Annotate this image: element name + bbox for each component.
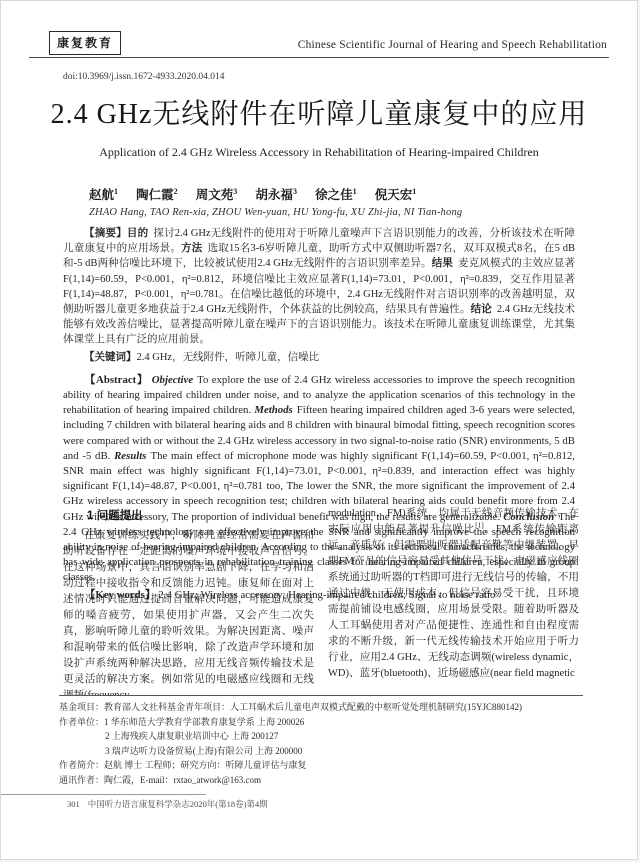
doi-line: doi:10.3969/j.issn.1672-4933.2020.04.014 (63, 72, 575, 82)
footer-text: 301中国听力语言康复科学杂志2020年(第18卷)第4期 (67, 798, 231, 810)
journal-issue-line: 中国听力语言康复科学杂志2020年(第18卷)第4期 (88, 799, 268, 809)
author-affil-sup: 3 (233, 187, 237, 196)
author-affil-sup: 1 (353, 187, 357, 196)
funding-note: 基金项目：教育部人文社科基金青年项目：人工耳蜗术后儿童电声双模式配戴的中枢听觉处… (59, 701, 583, 713)
results-label-zh: 结果 (432, 258, 453, 269)
footnote-divider (59, 695, 583, 696)
author-bio: 作者简介：赵航 博士 工程师；研究方向：听障儿童评估与康复 (59, 759, 583, 771)
section-paragraph-right: modulation，FM)系统，均属于无线音频传输技术，在实际应用中能显著提升… (328, 506, 579, 682)
author-affil-sup: 1 (114, 187, 118, 196)
section-heading: 1 问题提出 (63, 508, 314, 524)
page-header: 康复教育 Chinese Scientific Journal of Heari… (49, 27, 607, 51)
abstract-zh: 【摘要】目的探讨2.4 GHz无线附件的使用对于听障儿童噪声下言语识别能力的改善… (63, 226, 575, 348)
section-paragraph-left: 在康复训练实践中，听障儿童经常需要在声源和助听设备存在一定距离的噪声环境中接收声… (63, 528, 314, 696)
conclusion-label-zh: 结论 (471, 304, 492, 315)
author-affil-sup: 3 (293, 187, 297, 196)
keywords-zh-text: 2.4 GHz，无线附件，听障儿童，信噪比 (137, 352, 320, 363)
article-title-zh: 2.4 GHz无线附件在听障儿童康复中的应用 (31, 92, 607, 132)
page-footer: 301中国听力语言康复科学杂志2020年(第18卷)第4期 (1, 794, 231, 810)
authors-zh: 赵航1 陶仁霞2 周文苑3 胡永福3 徐之佳1 倪天宏1 (89, 185, 575, 203)
author-name: 周文苑3 (196, 188, 238, 202)
author-affil-sup: 1 (412, 187, 416, 196)
page-number: 301 (67, 799, 80, 809)
objective-label-zh: 目的 (127, 228, 148, 239)
abstract-zh-label: 【摘要】 (84, 228, 127, 239)
affiliation-3: 3 瑞声达听力设备贸易(上海)有限公司 上海 200000 (59, 745, 583, 757)
keywords-zh-label: 【关键词】 (84, 352, 137, 363)
keywords-zh: 【关键词】2.4 GHz，无线附件，听障儿童，信噪比 (63, 350, 575, 365)
methods-label-zh: 方法 (181, 243, 202, 254)
author-name: 徐之佳1 (315, 188, 357, 202)
citation-ref: [1] (475, 521, 484, 530)
objective-label-en: Objective (152, 374, 193, 386)
affiliation-2: 2 上海残疾人康复职业培训中心 上海 200127 (59, 730, 583, 742)
author-name: 赵航1 (89, 188, 118, 202)
journal-page: 康复教育 Chinese Scientific Journal of Heari… (0, 0, 638, 860)
journal-name-en: Chinese Scientific Journal of Hearing an… (298, 39, 607, 51)
footer-divider (1, 794, 206, 795)
affiliation-1: 作者单位：1 华东师范大学教育学部教育康复学系 上海 200026 (59, 716, 583, 728)
author-affil-sup: 2 (174, 187, 178, 196)
header-divider (29, 57, 609, 58)
column-badge: 康复教育 (49, 31, 121, 55)
author-name: 倪天宏1 (375, 188, 417, 202)
article-title-en: Application of 2.4 GHz Wireless Accessor… (41, 145, 597, 160)
footnote-block: 基金项目：教育部人文社科基金青年项目：人工耳蜗术后儿童电声双模式配戴的中枢听觉处… (59, 695, 583, 788)
left-column: 1 问题提出 在康复训练实践中，听障儿童经常需要在声源和助听设备存在一定距离的噪… (63, 506, 314, 696)
corresponding-author: 通讯作者：陶仁霞，E-mail：rxtao_atwork@163.com (59, 774, 583, 786)
results-label-en: Results (114, 450, 146, 462)
abstract-en-label: 【Abstract】 (85, 374, 149, 386)
author-name: 胡永福3 (255, 188, 297, 202)
author-name: 陶仁霞2 (136, 188, 178, 202)
authors-en: ZHAO Hang, TAO Ren-xia, ZHOU Wen-yuan, H… (89, 207, 575, 218)
body-columns: 1 问题提出 在康复训练实践中，听障儿童经常需要在声源和助听设备存在一定距离的噪… (63, 506, 579, 696)
right-column: modulation，FM)系统，均属于无线音频传输技术，在实际应用中能显著提升… (328, 506, 579, 696)
methods-label-en: Methods (254, 404, 292, 416)
